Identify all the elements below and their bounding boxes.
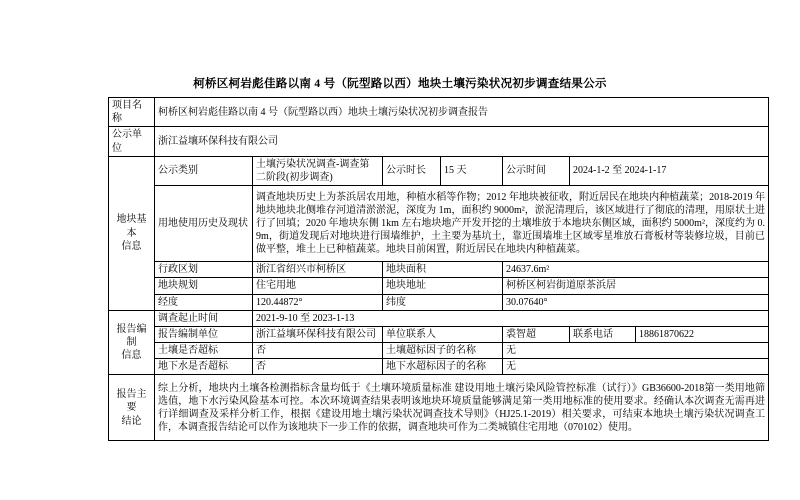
longitude-value: 120.44872° bbox=[253, 294, 383, 310]
contact-person-value: 裘智超 bbox=[503, 326, 570, 342]
plot-planning-value: 住宅用地 bbox=[253, 278, 383, 294]
table-row: 公示单位 浙江益壤环保科技有限公司 bbox=[109, 127, 769, 156]
plot-address-label: 地块地址 bbox=[383, 278, 503, 294]
phone-value: 18861870622 bbox=[636, 326, 769, 342]
publisher-value: 浙江益壤环保科技有限公司 bbox=[155, 127, 769, 156]
groundwater-factor-label: 地下水超标因子的名称 bbox=[383, 359, 503, 375]
table-row: 地块基本 信息 公示类别 土壤污染状况调查-调查第二阶段(初步调查) 公示时长 … bbox=[109, 156, 769, 185]
page-title: 柯桥区柯岩彪佳路以南 4 号（阮型路以西）地块土壤污染状况初步调查结果公示 bbox=[0, 75, 800, 91]
notice-table: 项目名称 柯桥区柯岩彪佳路以南 4 号（阮型路以西）地块土壤污染状况初步调查报告… bbox=[108, 97, 769, 441]
groundwater-factor-value: 无 bbox=[503, 359, 769, 375]
soil-factor-value: 无 bbox=[503, 343, 769, 359]
table-row: 报告编制单位 浙江益壤环保科技有限公司 单位联系人 裘智超 联系电话 18861… bbox=[109, 326, 769, 342]
plot-area-value: 24637.6m² bbox=[503, 262, 769, 278]
soil-exceed-label: 土壤是否超标 bbox=[155, 343, 253, 359]
report-unit-value: 浙江益壤环保科技有限公司 bbox=[253, 326, 383, 342]
table-row: 报告编制 信息 调查起止时间 2021-9-10 至 2023-1-13 bbox=[109, 310, 769, 326]
announce-time-label: 公示时间 bbox=[503, 156, 570, 185]
table-row: 行政区划 浙江省绍兴市柯桥区 地块面积 24637.6m² bbox=[109, 262, 769, 278]
announce-duration-value: 15 天 bbox=[441, 156, 503, 185]
section-report-info: 报告编制 信息 bbox=[109, 310, 155, 375]
latitude-value: 30.07640° bbox=[503, 294, 769, 310]
plot-planning-label: 地块规划 bbox=[155, 278, 253, 294]
announce-category-label: 公示类别 bbox=[155, 156, 253, 185]
announce-category-value: 土壤污染状况调查-调查第二阶段(初步调查) bbox=[253, 156, 383, 185]
table-row: 经度 120.44872° 纬度 30.07640° bbox=[109, 294, 769, 310]
section-basic-info: 地块基本 信息 bbox=[109, 156, 155, 310]
announce-time-value: 2024-1-2 至 2024-1-17 bbox=[570, 156, 769, 185]
contact-person-label: 单位联系人 bbox=[383, 326, 503, 342]
groundwater-exceed-value: 否 bbox=[253, 359, 383, 375]
table-row: 土壤是否超标 否 土壤超标因子的名称 无 bbox=[109, 343, 769, 359]
section-conclusion: 报告主要 结论 bbox=[109, 375, 155, 441]
plot-address-value: 柯桥区柯岩街道原茶浜居 bbox=[503, 278, 769, 294]
admin-division-value: 浙江省绍兴市柯桥区 bbox=[253, 262, 383, 278]
soil-factor-label: 土壤超标因子的名称 bbox=[383, 343, 503, 359]
admin-division-label: 行政区划 bbox=[155, 262, 253, 278]
plot-area-label: 地块面积 bbox=[383, 262, 503, 278]
survey-period-label: 调查起止时间 bbox=[155, 310, 253, 326]
conclusion-value: 综上分析，地块内土壤各检测指标含量均低于《土壤环境质量标准 建设用地土壤污染风险… bbox=[155, 375, 769, 441]
announce-duration-label: 公示时长 bbox=[383, 156, 441, 185]
project-name-value: 柯桥区柯岩彪佳路以南 4 号（阮型路以西）地块土壤污染状况初步调查报告 bbox=[155, 98, 769, 127]
project-name-label: 项目名称 bbox=[109, 98, 155, 127]
soil-exceed-value: 否 bbox=[253, 343, 383, 359]
latitude-label: 纬度 bbox=[383, 294, 503, 310]
longitude-label: 经度 bbox=[155, 294, 253, 310]
land-history-value: 调查地块历史上为茶浜居农用地，种植水稻等作物；2012 年地块被征收，附近居民在… bbox=[253, 186, 769, 262]
survey-period-value: 2021-9-10 至 2023-1-13 bbox=[253, 310, 769, 326]
publisher-label: 公示单位 bbox=[109, 127, 155, 156]
table-row: 报告主要 结论 综上分析，地块内土壤各检测指标含量均低于《土壤环境质量标准 建设… bbox=[109, 375, 769, 441]
land-history-label: 用地使用历史及现状 bbox=[155, 186, 253, 262]
table-row: 地下水是否超标 否 地下水超标因子的名称 无 bbox=[109, 359, 769, 375]
table-row: 项目名称 柯桥区柯岩彪佳路以南 4 号（阮型路以西）地块土壤污染状况初步调查报告 bbox=[109, 98, 769, 127]
phone-label: 联系电话 bbox=[570, 326, 636, 342]
report-unit-label: 报告编制单位 bbox=[155, 326, 253, 342]
groundwater-exceed-label: 地下水是否超标 bbox=[155, 359, 253, 375]
table-row: 地块规划 住宅用地 地块地址 柯桥区柯岩街道原茶浜居 bbox=[109, 278, 769, 294]
table-row: 用地使用历史及现状 调查地块历史上为茶浜居农用地，种植水稻等作物；2012 年地… bbox=[109, 186, 769, 262]
